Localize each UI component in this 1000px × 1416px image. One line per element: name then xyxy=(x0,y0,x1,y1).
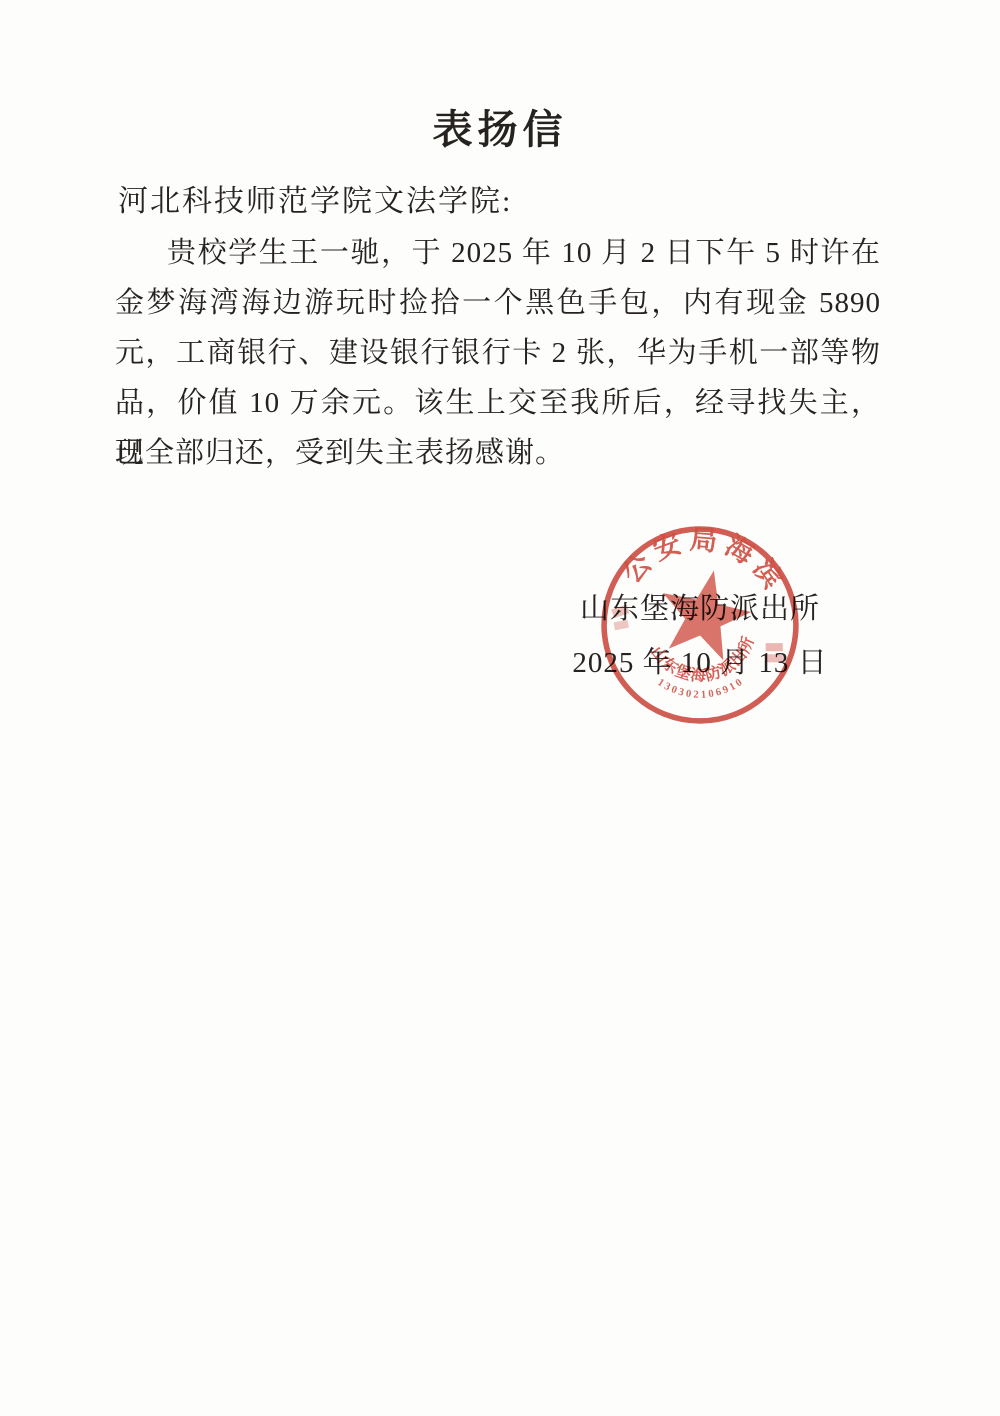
seal-arc-text-bottom: 山东堡海防派出所 xyxy=(647,633,758,685)
seal-smudge xyxy=(611,605,629,619)
body-line: 金梦海湾海边游玩时捡拾一个黑色手包，内有现金 5890 xyxy=(115,278,881,328)
body-line: 已全部归还，受到失主表扬感谢。 xyxy=(115,428,881,478)
letter-page: 表扬信 河北科技师范学院文法学院: 贵校学生王一驰，于 2025 年 10 月 … xyxy=(0,0,1000,1416)
body-line: 元，工商银行、建设银行银行卡 2 张，华为手机一部等物 xyxy=(115,328,881,378)
salutation: 河北科技师范学院文法学院: xyxy=(118,176,512,220)
seal-smudge xyxy=(613,620,629,631)
letter-body: 贵校学生王一驰，于 2025 年 10 月 2 日下午 5 时许在 金梦海湾海边… xyxy=(115,228,881,478)
body-line: 品，价值 10 万余元。该生上交至我所后，经寻找失主，现 xyxy=(115,378,881,428)
body-line: 贵校学生王一驰，于 2025 年 10 月 2 日下午 5 时许在 xyxy=(115,228,881,278)
letter-title: 表扬信 xyxy=(0,98,1000,155)
seal-smudge xyxy=(766,654,783,662)
official-seal: 公安局海滨 山东堡海防派出所 1303021069100 xyxy=(596,524,804,728)
seal-smudge xyxy=(766,643,783,651)
